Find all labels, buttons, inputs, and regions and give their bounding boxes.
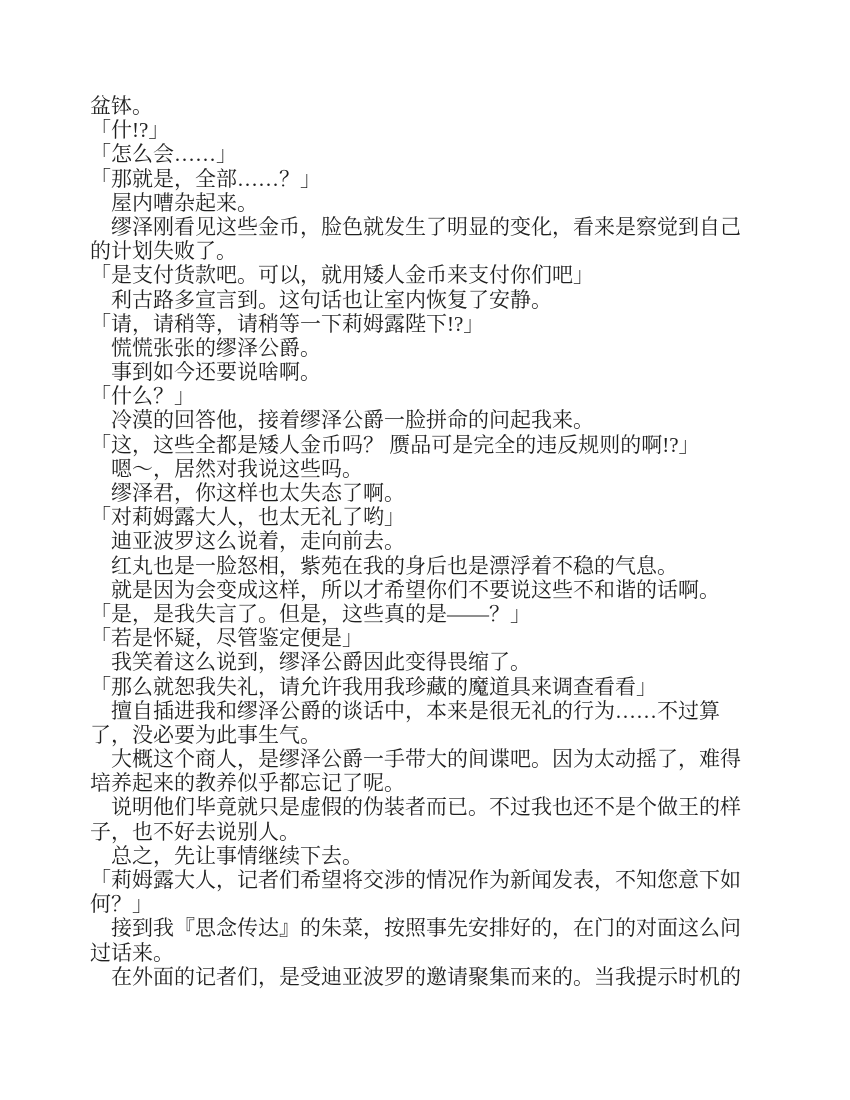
text-line: 「莉姆露大人，记者们希望将交涉的情况作为新闻发表，不知您意下如 <box>90 868 760 892</box>
text-line: 「对莉姆露大人，也太无礼了哟」 <box>90 505 760 529</box>
text-line: 「是，是我失言了。但是，这些真的是——？」 <box>90 602 760 626</box>
text-line: 利古路多宣言到。这句话也让室内恢复了安静。 <box>90 288 760 312</box>
text-line: 冷漠的回答他，接着缪泽公爵一脸拼命的问起我来。 <box>90 408 760 432</box>
page-text-block: 盆钵。「什!?」「怎么会……」「那就是，全部……？」屋内嘈杂起来。缪泽刚看见这些… <box>90 94 760 989</box>
text-line: 「请，请稍等，请稍等一下莉姆露陛下!?」 <box>90 312 760 336</box>
text-line: 培养起来的教养似乎都忘记了呢。 <box>90 771 760 795</box>
text-line: 接到我『思念传达』的朱菜，按照事先安排好的，在门的对面这么问 <box>90 916 760 940</box>
text-line: 缪泽刚看见这些金币，脸色就发生了明显的变化，看来是察觉到自己 <box>90 215 760 239</box>
text-line: 子，也不好去说别人。 <box>90 820 760 844</box>
text-line: 红丸也是一脸怒相，紫苑在我的身后也是漂浮着不稳的气息。 <box>90 554 760 578</box>
text-line: 大概这个商人，是缪泽公爵一手带大的间谍吧。因为太动摇了，难得 <box>90 747 760 771</box>
text-line: 擅自插进我和缪泽公爵的谈话中，本来是很无礼的行为……不过算 <box>90 699 760 723</box>
text-line: 「怎么会……」 <box>90 142 760 166</box>
text-line: 「那就是，全部……？」 <box>90 167 760 191</box>
text-line: 就是因为会变成这样，所以才希望你们不要说这些不和谐的话啊。 <box>90 578 760 602</box>
text-line: 「是支付货款吧。可以，就用矮人金币来支付你们吧」 <box>90 263 760 287</box>
text-line: 过话来。 <box>90 941 760 965</box>
text-line: 盆钵。 <box>90 94 760 118</box>
text-line: 说明他们毕竟就只是虚假的伪装者而已。不过我也还不是个做王的样 <box>90 795 760 819</box>
text-line: 的计划失败了。 <box>90 239 760 263</box>
text-line: 总之，先让事情继续下去。 <box>90 844 760 868</box>
text-line: 嗯～，居然对我说这些吗。 <box>90 457 760 481</box>
text-line: 迪亚波罗这么说着，走向前去。 <box>90 529 760 553</box>
text-line: 缪泽君，你这样也太失态了啊。 <box>90 481 760 505</box>
text-line: 屋内嘈杂起来。 <box>90 191 760 215</box>
text-line: 慌慌张张的缪泽公爵。 <box>90 336 760 360</box>
text-line: 「这，这些全都是矮人金币吗？ 赝品可是完全的违反规则的啊!?」 <box>90 433 760 457</box>
text-line: 「那么就恕我失礼，请允许我用我珍藏的魔道具来调查看看」 <box>90 675 760 699</box>
text-line: 何？」 <box>90 892 760 916</box>
text-line: 了，没必要为此事生气。 <box>90 723 760 747</box>
text-line: 在外面的记者们，是受迪亚波罗的邀请聚集而来的。当我提示时机的 <box>90 965 760 989</box>
text-line: 「若是怀疑，尽管鉴定便是」 <box>90 626 760 650</box>
ebook-page: 盆钵。「什!?」「怎么会……」「那就是，全部……？」屋内嘈杂起来。缪泽刚看见这些… <box>0 0 850 1100</box>
text-line: 「什么？」 <box>90 384 760 408</box>
text-line: 「什!?」 <box>90 118 760 142</box>
text-line: 事到如今还要说啥啊。 <box>90 360 760 384</box>
text-line: 我笑着这么说到，缪泽公爵因此变得畏缩了。 <box>90 650 760 674</box>
